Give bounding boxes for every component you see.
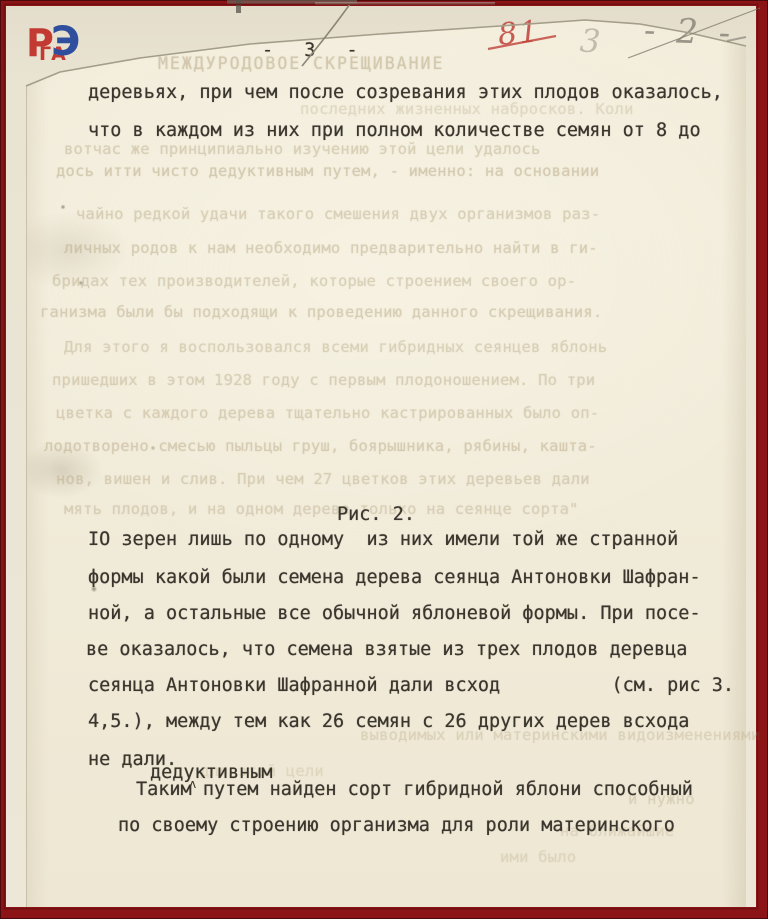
- typed-line: что в каждом из них при полном количеств…: [88, 120, 701, 142]
- stamp-letter-e: Э: [51, 22, 80, 62]
- bleedthrough-line: чайно редкой удачи такого смешения двух …: [76, 205, 600, 223]
- bleedthrough-line: цветка с каждого дерева тщательно кастри…: [56, 404, 599, 422]
- bleedthrough-line: вотчас же принципиально изучению этой це…: [64, 140, 541, 158]
- scanned-page: МЕЖДУРОДОВОЕ СКРЕЩИВАНИЕ последних жизне…: [0, 0, 768, 919]
- typed-line: по своему строению организма для роли ма…: [118, 815, 675, 837]
- typed-line: формы какой были семена дерева сеянца Ан…: [88, 567, 701, 589]
- bleedthrough-line: мять плодов, и на одном дереве только на…: [64, 500, 579, 518]
- pencil-page-number: - 2 -: [643, 10, 736, 53]
- bleedthrough-line: бридах тех производителей, которые строе…: [52, 272, 576, 290]
- archive-stamp: Р ГА Э: [26, 22, 86, 68]
- typed-line: Таким путем найден сорт гибридной яблони…: [136, 779, 693, 801]
- typed-line: IO зерен лишь по одному из них имели той…: [88, 529, 678, 551]
- typed-line: сеянца Антоновки Шафранной дали всход (с…: [88, 675, 734, 697]
- typed-line: 4,5.), между тем как 26 семян с 26 други…: [88, 711, 689, 733]
- bleedthrough-line: ими было: [500, 848, 576, 866]
- pencil-faint-number: 3: [579, 21, 602, 60]
- bleedthrough-line: ганизма были бы подходящи к проведению д…: [40, 303, 602, 321]
- top-edge-tick: [236, 0, 241, 13]
- typed-page-number: - 3 -: [262, 40, 368, 62]
- typed-line: ной, а остальные все обычной яблоневой ф…: [88, 603, 701, 625]
- bleedthrough-line: пришедших в этом 1928 году с первым плод…: [52, 371, 595, 389]
- typed-line: ве оказалось, что семена взятые из трех …: [86, 639, 687, 661]
- bleedthrough-line: дось итти чисто дедуктивным путем, - име…: [56, 162, 599, 180]
- bleedthrough-line: личных родов к нам необходимо предварите…: [64, 239, 598, 257]
- bleedthrough-line: лодотворено смесью пыльцы груш, боярышни…: [44, 437, 597, 455]
- bleedthrough-line: Для этого я воспользовался всеми гибридн…: [64, 338, 607, 356]
- bleedthrough-line: нов, вишен и слив. При чем 27 цветков эт…: [56, 470, 590, 488]
- typed-line: деревьях, при чем после созревания этих …: [88, 82, 723, 104]
- top-edge-sliver-2: [315, 2, 495, 5]
- figure-caption: Рис. 2.: [337, 504, 415, 526]
- red-crossed-number: 81: [497, 14, 542, 53]
